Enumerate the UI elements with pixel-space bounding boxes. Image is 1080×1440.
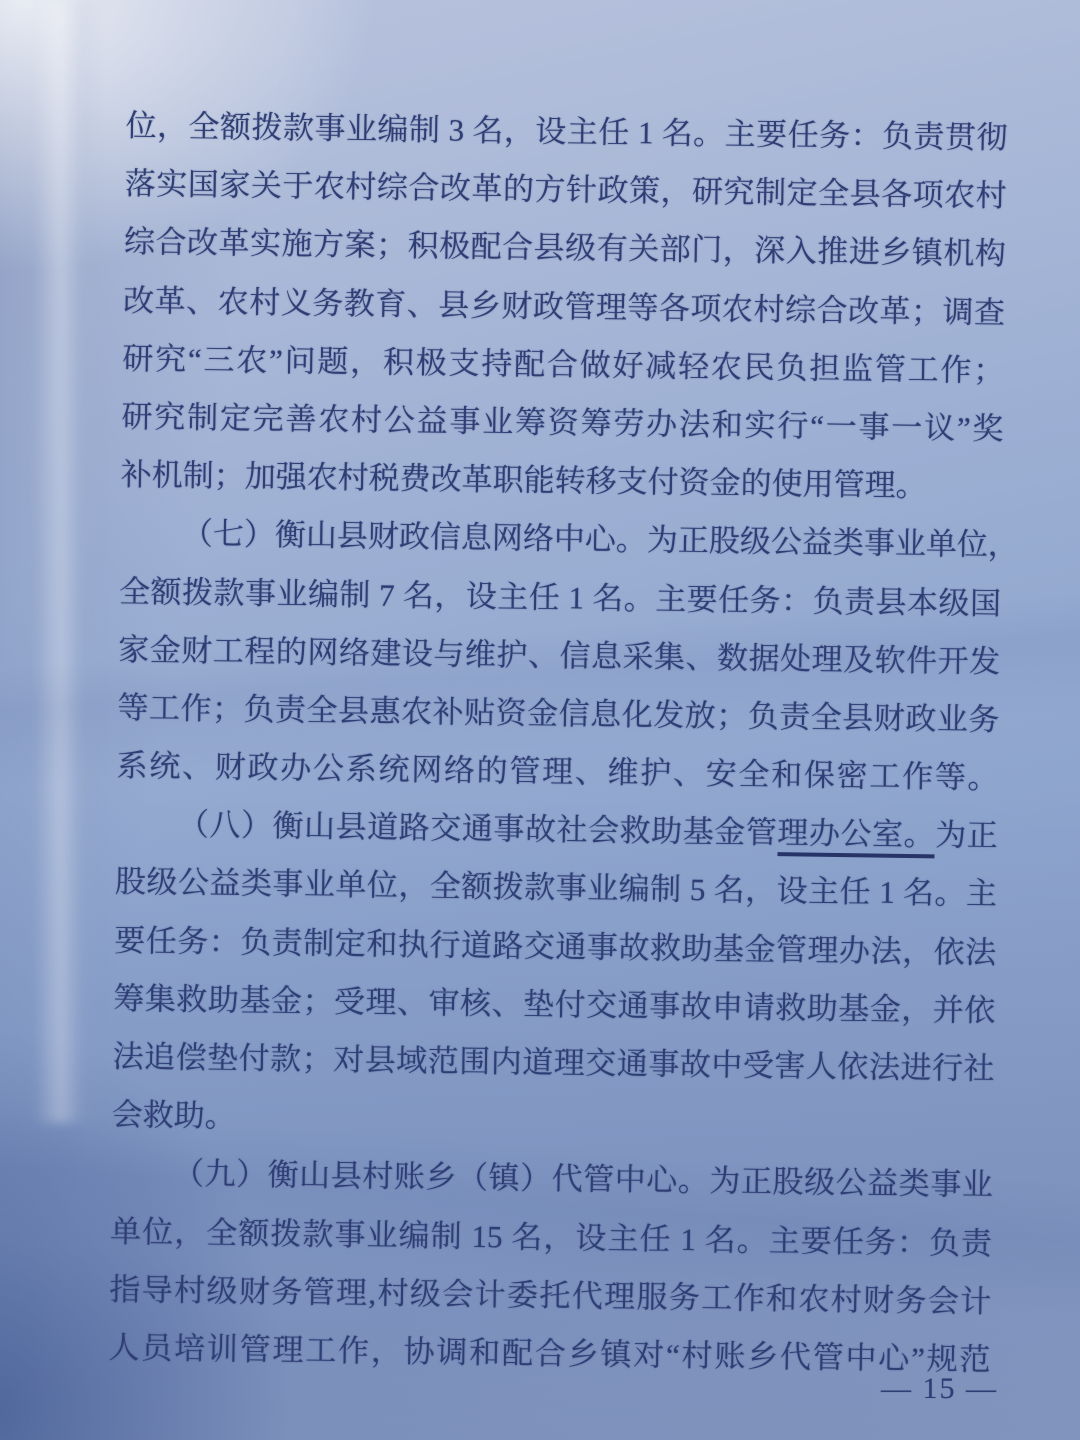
document-page: 位，全额拨款事业编制 3 名，设主任 1 名。主要任务：负责贯彻 落实国家关于农… bbox=[0, 0, 1080, 1440]
text-segment: 为正 bbox=[935, 818, 998, 854]
page-number: — 15 — bbox=[881, 1372, 998, 1406]
pen-underline: 理办公室。 bbox=[777, 815, 935, 858]
text-line: 人员培训管理工作，协调和配合乡镇对“村账乡代管中心”规范 bbox=[108, 1319, 991, 1389]
document-text-column: 位，全额拨款事业编制 3 名，设主任 1 名。主要任务：负责贯彻 落实国家关于农… bbox=[108, 97, 1008, 1389]
text-segment: （八）衡山县道路交通事故社会救助基金管 bbox=[178, 807, 778, 850]
